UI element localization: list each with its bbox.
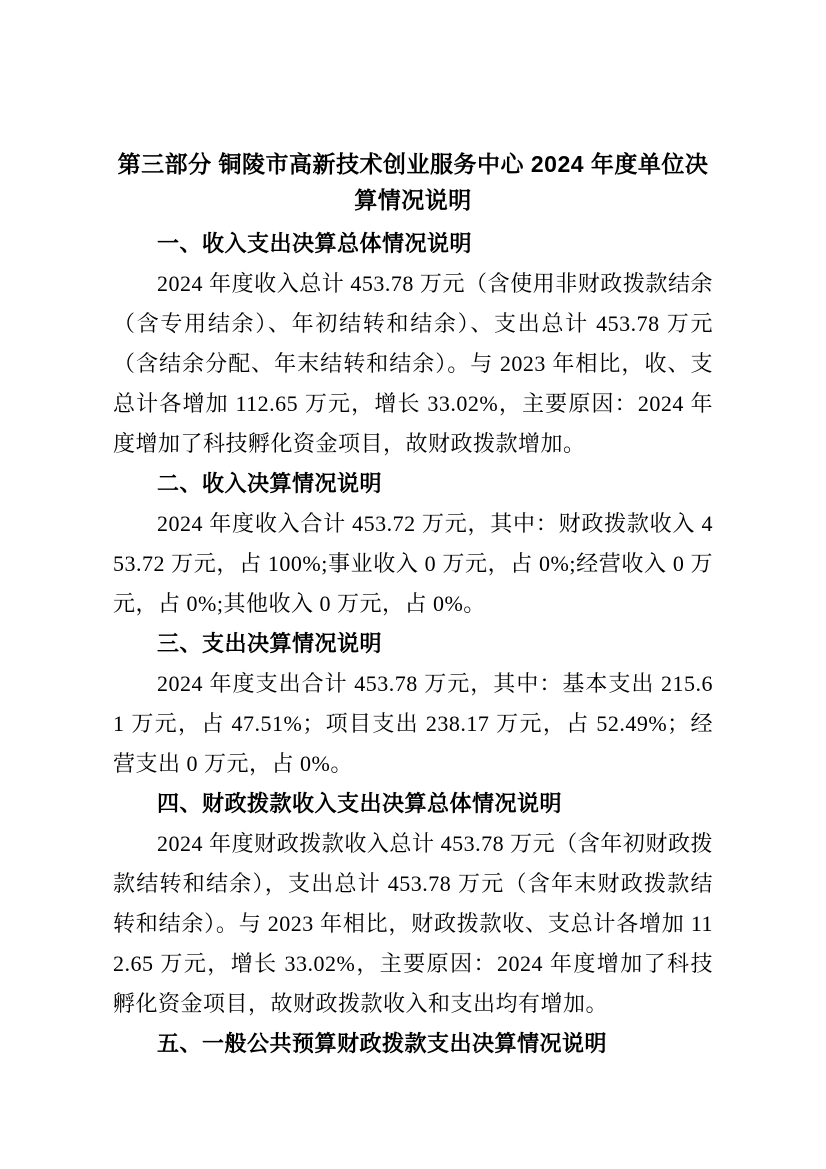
- section-3-paragraph: 2024 年度支出合计 453.78 万元，其中：基本支出 215.61 万元，…: [113, 664, 713, 784]
- section-2-paragraph: 2024 年度收入合计 453.72 万元，其中：财政拨款收入 453.72 万…: [113, 504, 713, 624]
- section-heading-2: 二、收入决算情况说明: [113, 464, 713, 504]
- section-general-public-budget: 五、一般公共预算财政拨款支出决算情况说明: [113, 1024, 713, 1064]
- section-4-paragraph: 2024 年度财政拨款收入总计 453.78 万元（含年初财政拨款结转和结余），…: [113, 824, 713, 1024]
- document-title: 第三部分 铜陵市高新技术创业服务中心 2024 年度单位决算情况说明: [113, 146, 713, 218]
- section-1-paragraph: 2024 年度收入总计 453.78 万元（含使用非财政拨款结余（含专用结余）、…: [113, 264, 713, 464]
- document-page: 第三部分 铜陵市高新技术创业服务中心 2024 年度单位决算情况说明 一、收入支…: [0, 0, 826, 1169]
- section-expenditure-details: 三、支出决算情况说明 2024 年度支出合计 453.78 万元，其中：基本支出…: [113, 624, 713, 784]
- section-income-expenditure-overview: 一、收入支出决算总体情况说明 2024 年度收入总计 453.78 万元（含使用…: [113, 224, 713, 464]
- section-fiscal-appropriation-overview: 四、财政拨款收入支出决算总体情况说明 2024 年度财政拨款收入总计 453.7…: [113, 784, 713, 1024]
- section-heading-5: 五、一般公共预算财政拨款支出决算情况说明: [113, 1024, 713, 1064]
- section-heading-4: 四、财政拨款收入支出决算总体情况说明: [113, 784, 713, 824]
- section-income-details: 二、收入决算情况说明 2024 年度收入合计 453.72 万元，其中：财政拨款…: [113, 464, 713, 624]
- section-heading-1: 一、收入支出决算总体情况说明: [113, 224, 713, 264]
- section-heading-3: 三、支出决算情况说明: [113, 624, 713, 664]
